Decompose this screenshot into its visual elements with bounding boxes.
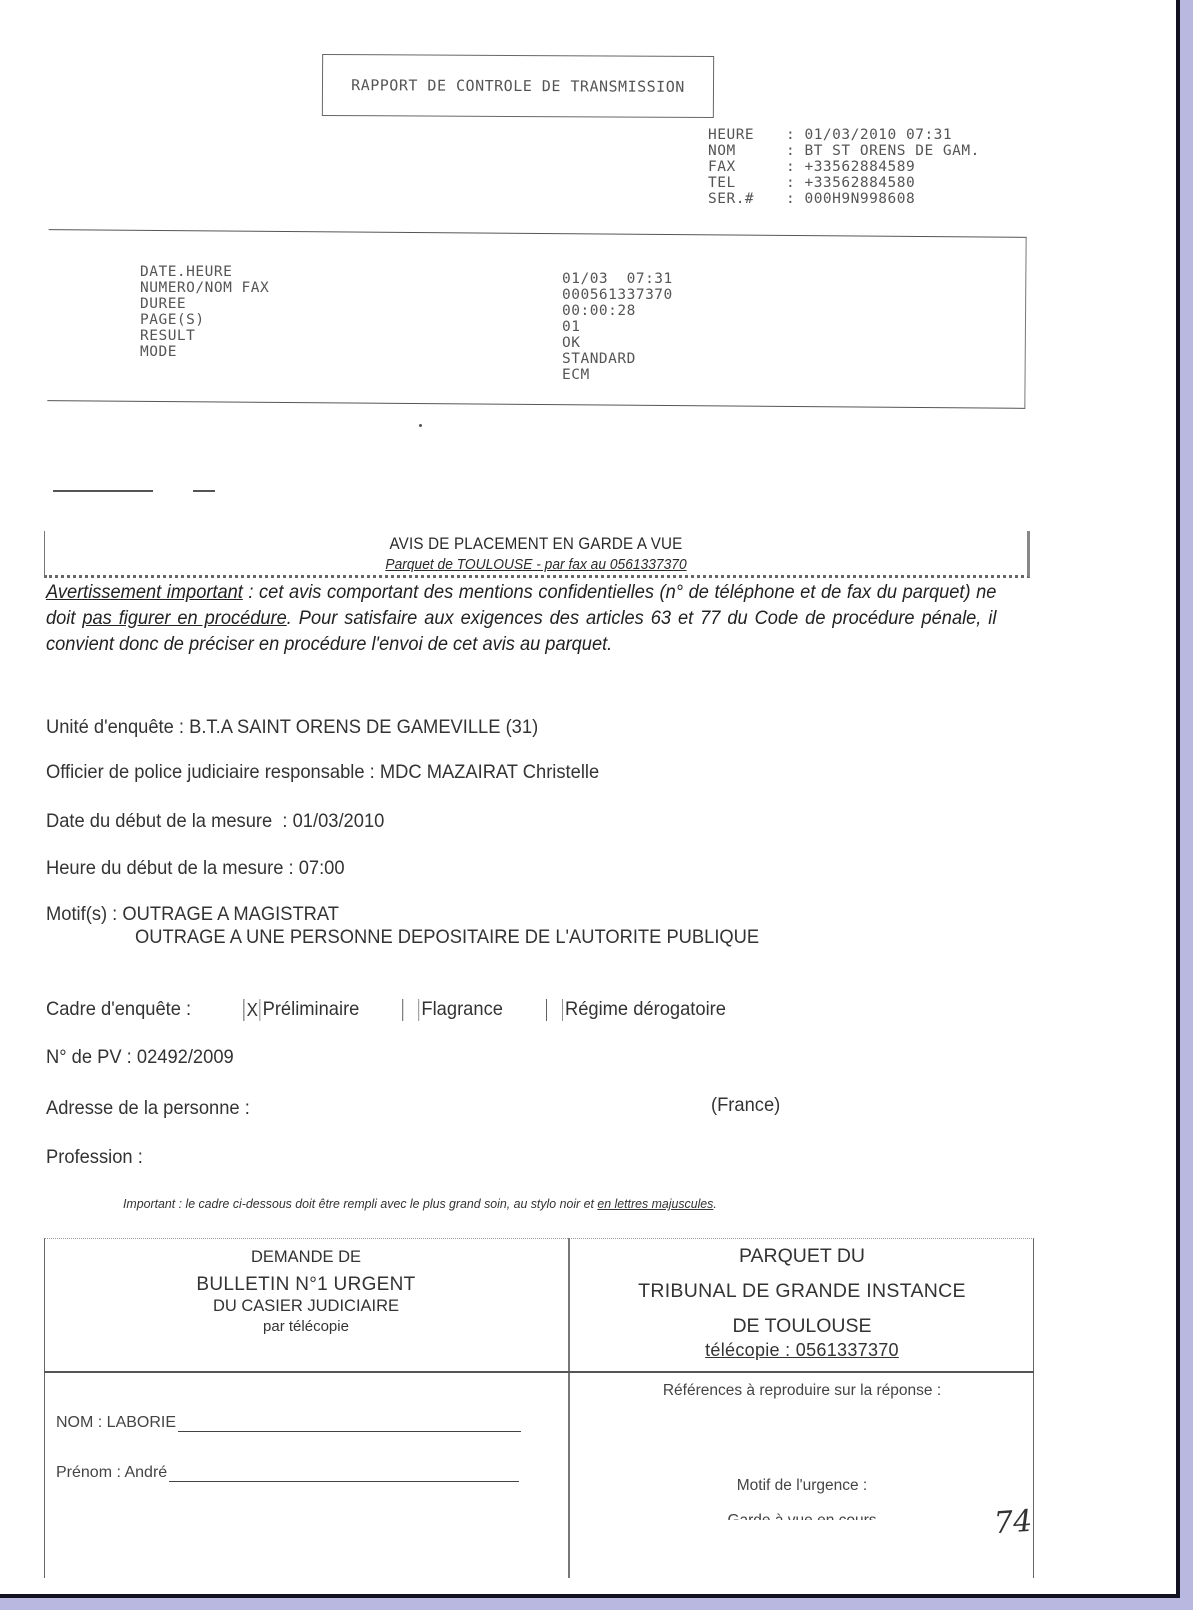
checkbox-preliminaire[interactable]: XPréliminaire [244,998,397,1021]
field-motif-2: OUTRAGE A UNE PERSONNE DEPOSITAIRE DE L'… [135,926,759,949]
field-date-debut: Date du début de la mesure : 01/03/2010 [46,810,384,833]
garde-a-vue-text: Garde à vue en cours [570,1510,1034,1520]
field-unite-enquete: Unité d'enquête : B.T.A SAINT ORENS DE G… [46,716,538,739]
fax-sender-info: HEURE: 01/03/2010 07:31 NOM: BT ST ORENS… [708,127,980,207]
prenom-field[interactable]: Prénom : André [56,1464,519,1482]
field-adresse: Adresse de la personne : [46,1097,250,1120]
fax-report-title: RAPPORT DE CONTROLE DE TRANSMISSION [322,54,714,118]
nom-field[interactable]: NOM : LABORIE [56,1414,521,1432]
checkbox-regime-derogatoire[interactable]: Régime dérogatoire [546,998,763,1021]
confidentiality-warning: Avertissement important : cet avis compo… [46,580,996,658]
bulletin-divider-horizontal [44,1371,1034,1373]
sender-row: HEURE: 01/03/2010 07:31 [708,127,980,143]
parquet-header: PARQUET DU TRIBUNAL DE GRANDE INSTANCE D… [570,1245,1034,1361]
fax-report-labels: DATE.HEURE NUMERO/NOM FAX DUREE PAGE(S) … [140,264,269,360]
handwritten-page-number: 74 [993,1504,1034,1542]
field-opj: Officier de police judiciaire responsabl… [46,761,599,784]
scanned-page: RAPPORT DE CONTROLE DE TRANSMISSION HEUR… [0,0,1180,1598]
sender-row: TEL: +33562884580 [708,175,980,191]
field-heure-debut: Heure du début de la mesure : 07:00 [46,857,345,880]
field-adresse-country: (France) [711,1094,780,1117]
checkbox-mark [546,999,563,1021]
fax-report-values: 01/03 07:31 000561337370 00:00:28 01 OK … [562,271,673,383]
field-profession: Profession : [46,1146,143,1169]
sender-row: NOM: BT ST ORENS DE GAM. [708,143,980,159]
references-label: Références à reproduire sur la réponse : [570,1382,1034,1400]
nom-underline [178,1430,521,1432]
sender-row: FAX: +33562884589 [708,159,980,175]
checkbox-flagrance[interactable]: Flagrance [403,998,541,1021]
motif-urgence-label: Motif de l'urgence : [570,1477,1034,1495]
prenom-underline [169,1480,519,1482]
avis-header-box: AVIS DE PLACEMENT EN GARDE A VUE Parquet… [44,531,1030,578]
field-motif: Motif(s) : OUTRAGE A MAGISTRAT [46,903,339,926]
field-cadre-enquete: Cadre d'enquête : XPréliminaire Flagranc… [46,998,769,1021]
checkbox-mark [403,999,420,1021]
checkbox-mark: X [244,999,261,1021]
field-pv: N° de PV : 02492/2009 [46,1046,234,1069]
important-note: Important : le cadre ci-dessous doit êtr… [123,1196,717,1211]
scan-speck [419,424,422,427]
bulletin-request-header: DEMANDE DE BULLETIN N°1 URGENT DU CASIER… [46,1248,566,1335]
avis-subtitle: Parquet de TOULOUSE - par fax au 0561337… [84,556,987,573]
warning-lead: Avertissement important [46,582,243,603]
sender-row: SER.#: 000H9N998608 [708,191,980,207]
avis-title: AVIS DE PLACEMENT EN GARDE A VUE [84,535,987,554]
divider-dash [53,490,153,492]
divider-dash [193,490,215,492]
